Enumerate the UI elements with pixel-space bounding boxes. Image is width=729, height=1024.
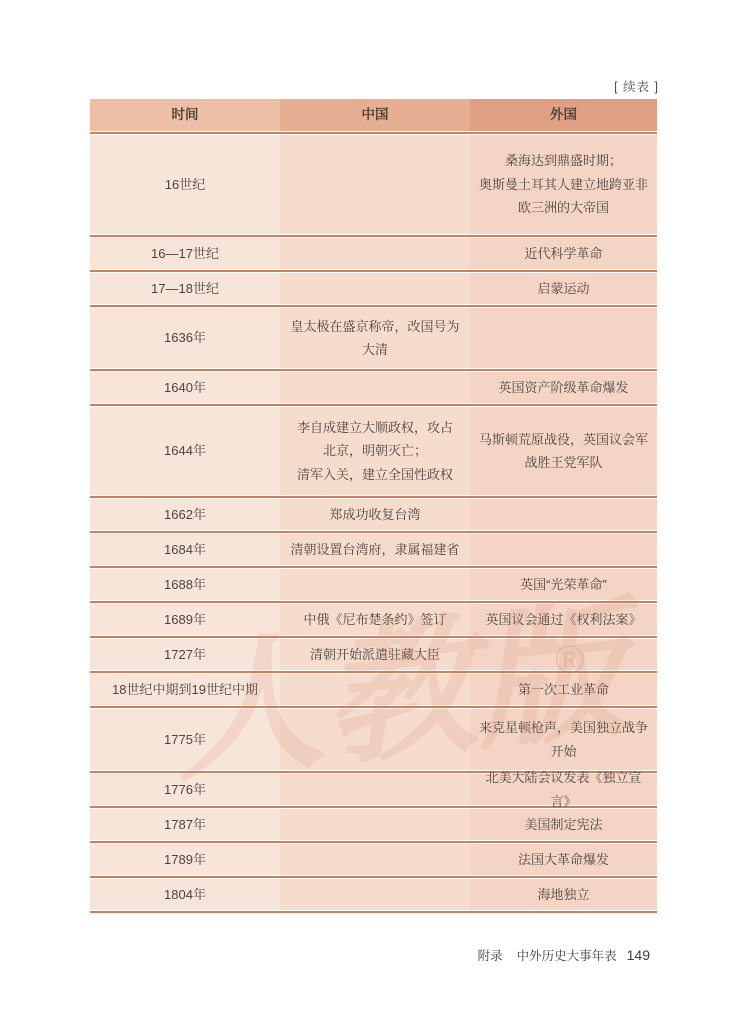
- table-row: 1776年 北美大陆会议发表《独立宣言》: [90, 774, 657, 805]
- time-cell: 1640年: [90, 372, 280, 403]
- time-cell: 1684年: [90, 534, 280, 565]
- foreign-cell: 近代科学革命: [470, 238, 657, 269]
- table-row: 1688年 英国“光荣革命”: [90, 569, 657, 600]
- foreign-cell: 桑海达到鼎盛时期； 奥斯曼土耳其人建立地跨亚非 欧三洲的大帝国: [470, 135, 657, 234]
- china-cell: [280, 879, 470, 910]
- table-row: 1727年 清朝开始派遣驻藏大臣: [90, 639, 657, 670]
- table-row: 16—17世纪 近代科学革命: [90, 238, 657, 269]
- foreign-cell: [470, 499, 657, 530]
- time-cell: 1636年: [90, 308, 280, 368]
- time-cell: 1776年: [90, 774, 280, 805]
- china-cell: [280, 273, 470, 304]
- table-row: 1662年 郑成功收复台湾: [90, 499, 657, 530]
- continued-table-label: [ 续表 ]: [614, 77, 659, 95]
- time-cell: 16—17世纪: [90, 238, 280, 269]
- row-divider: [90, 369, 657, 371]
- china-cell: 清朝设置台湾府，隶属福建省: [280, 534, 470, 565]
- china-cell: 皇太极在盛京称帝，改国号为 大清: [280, 308, 470, 368]
- china-cell: [280, 809, 470, 840]
- header-foreign: 外国: [470, 99, 657, 131]
- time-cell: 1727年: [90, 639, 280, 670]
- time-cell: 1787年: [90, 809, 280, 840]
- row-divider: [90, 636, 657, 638]
- header-china: 中国: [280, 99, 470, 131]
- foreign-cell: 海地独立: [470, 879, 657, 910]
- foreign-cell: 来克星顿枪声，美国独立战争 开始: [470, 709, 657, 770]
- china-cell: [280, 774, 470, 805]
- foreign-cell: 法国大革命爆发: [470, 844, 657, 875]
- row-divider: [90, 531, 657, 533]
- row-divider: [90, 496, 657, 498]
- foreign-cell: 美国制定宪法: [470, 809, 657, 840]
- china-cell: 清朝开始派遣驻藏大臣: [280, 639, 470, 670]
- table-row: 1787年 美国制定宪法: [90, 809, 657, 840]
- foreign-cell: [470, 308, 657, 368]
- table-row: 1644年 李自成建立大顺政权，攻占 北京，明朝灭亡； 清军入关，建立全国性政权…: [90, 407, 657, 495]
- china-cell: [280, 674, 470, 705]
- row-divider: [90, 235, 657, 237]
- time-cell: 18世纪中期到19世纪中期: [90, 674, 280, 705]
- history-timeline-table: 时间 中国 外国 16世纪 桑海达到鼎盛时期； 奥斯曼土耳其人建立地跨亚非 欧三…: [90, 99, 657, 914]
- china-cell: [280, 372, 470, 403]
- china-cell: 李自成建立大顺政权，攻占 北京，明朝灭亡； 清军入关，建立全国性政权: [280, 407, 470, 495]
- foreign-cell: 马斯顿荒原战役，英国议会军 战胜王党军队: [470, 407, 657, 495]
- row-divider: [90, 566, 657, 568]
- foreign-cell: 英国资产阶级革命爆发: [470, 372, 657, 403]
- china-cell: [280, 709, 470, 770]
- footer-doc-title: 中外历史大事年表: [517, 946, 617, 964]
- china-cell: [280, 569, 470, 600]
- time-cell: 1689年: [90, 604, 280, 635]
- foreign-cell: 第一次工业革命: [470, 674, 657, 705]
- row-divider: [90, 270, 657, 272]
- table-row: 1684年 清朝设置台湾府，隶属福建省: [90, 534, 657, 565]
- foreign-cell: [470, 639, 657, 670]
- table-row: 1636年 皇太极在盛京称帝，改国号为 大清: [90, 308, 657, 368]
- row-divider: [90, 911, 657, 913]
- table-row: 16世纪 桑海达到鼎盛时期； 奥斯曼土耳其人建立地跨亚非 欧三洲的大帝国: [90, 135, 657, 234]
- foreign-cell: 英国议会通过《权利法案》: [470, 604, 657, 635]
- time-cell: 1789年: [90, 844, 280, 875]
- foreign-cell: 启蒙运动: [470, 273, 657, 304]
- time-cell: 1662年: [90, 499, 280, 530]
- row-divider: [90, 305, 657, 307]
- foreign-cell: 北美大陆会议发表《独立宣言》: [470, 774, 657, 805]
- row-divider: [90, 671, 657, 673]
- table-row: 1804年 海地独立: [90, 879, 657, 910]
- time-cell: 17—18世纪: [90, 273, 280, 304]
- row-divider: [90, 132, 657, 134]
- footer-section-label: 附录: [478, 946, 503, 964]
- table-row: 1789年 法国大革命爆发: [90, 844, 657, 875]
- china-cell: [280, 238, 470, 269]
- china-cell: [280, 135, 470, 234]
- table-row: 18世纪中期到19世纪中期 第一次工业革命: [90, 674, 657, 705]
- time-cell: 1804年: [90, 879, 280, 910]
- table-header-row: 时间 中国 外国: [90, 99, 657, 131]
- time-cell: 1775年: [90, 709, 280, 770]
- table-row: 1689年 中俄《尼布楚条约》签订 英国议会通过《权利法案》: [90, 604, 657, 635]
- footer-page-number: 149: [627, 947, 650, 963]
- table-row: 17—18世纪 启蒙运动: [90, 273, 657, 304]
- row-divider: [90, 841, 657, 843]
- table-row: 1640年 英国资产阶级革命爆发: [90, 372, 657, 403]
- row-divider: [90, 876, 657, 878]
- row-divider: [90, 404, 657, 406]
- china-cell: 中俄《尼布楚条约》签订: [280, 604, 470, 635]
- time-cell: 16世纪: [90, 135, 280, 234]
- time-cell: 1644年: [90, 407, 280, 495]
- table-row: 1775年 来克星顿枪声，美国独立战争 开始: [90, 709, 657, 770]
- row-divider: [90, 706, 657, 708]
- foreign-cell: 英国“光荣革命”: [470, 569, 657, 600]
- page-footer: 附录 中外历史大事年表 149: [478, 946, 650, 964]
- row-divider: [90, 601, 657, 603]
- china-cell: 郑成功收复台湾: [280, 499, 470, 530]
- china-cell: [280, 844, 470, 875]
- foreign-cell: [470, 534, 657, 565]
- header-time: 时间: [90, 99, 280, 131]
- time-cell: 1688年: [90, 569, 280, 600]
